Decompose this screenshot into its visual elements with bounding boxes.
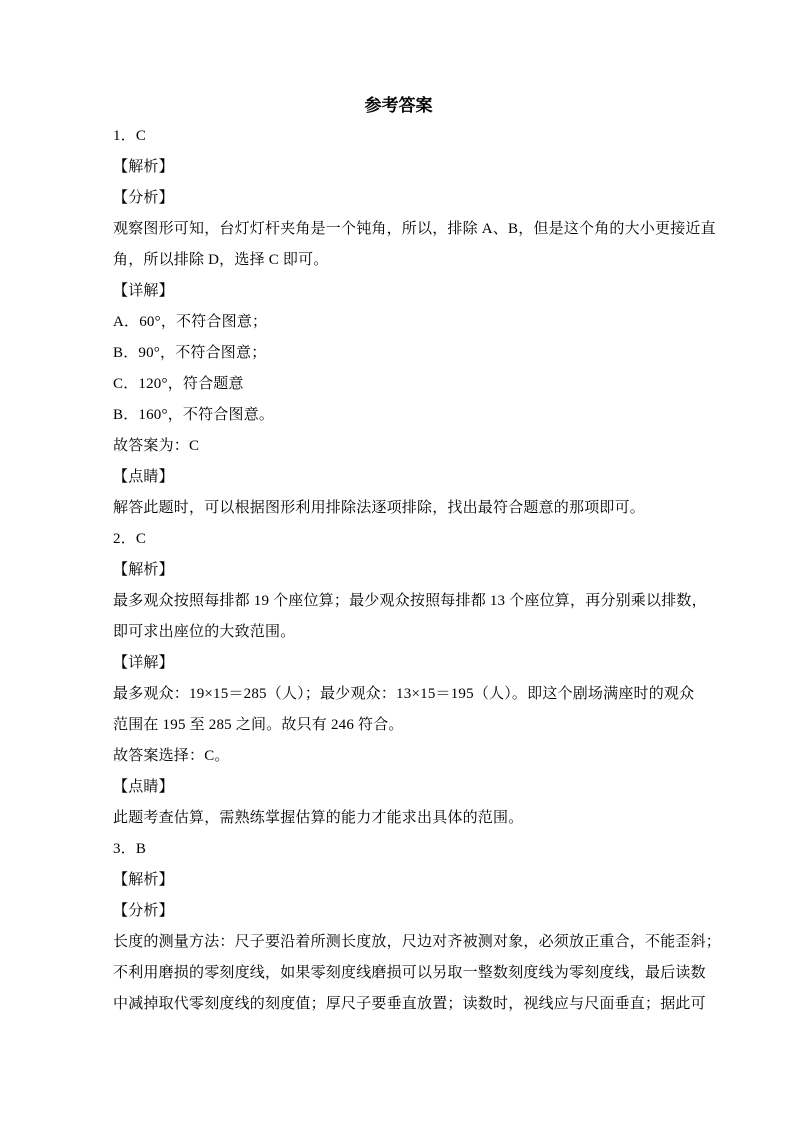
text-line: 范围在 195 至 285 之间。故只有 246 符合。 xyxy=(113,710,684,741)
text-line: 1．C xyxy=(113,121,684,152)
text-line: A．60°，不符合图意； xyxy=(113,307,684,338)
text-line: 【解析】 xyxy=(113,555,684,586)
page-title: 参考答案 xyxy=(113,90,684,121)
text-line: 长度的测量方法：尺子要沿着所测长度放，尺边对齐被测对象，必须放正重合，不能歪斜； xyxy=(113,927,684,958)
text-line: 最多观众：19×15＝285（人）；最少观众：13×15＝195（人）。即这个剧… xyxy=(113,679,684,710)
text-line: 中减掉取代零刻度线的刻度值；厚尺子要垂直放置；读数时，视线应与尺面垂直；据此可 xyxy=(113,989,684,1020)
body-lines: 1．C【解析】【分析】观察图形可知，台灯灯杆夹角是一个钝角，所以，排除 A、B，… xyxy=(113,121,684,1020)
text-line: 故答案选择：C。 xyxy=(113,741,684,772)
text-line: 解答此题时，可以根据图形利用排除法逐项排除，找出最符合题意的那项即可。 xyxy=(113,493,684,524)
text-line: 【解析】 xyxy=(113,865,684,896)
text-line: 【解析】 xyxy=(113,152,684,183)
text-line: B．160°，不符合图意。 xyxy=(113,400,684,431)
text-line: 【详解】 xyxy=(113,276,684,307)
text-line: 此题考查估算，需熟练掌握估算的能力才能求出具体的范围。 xyxy=(113,803,684,834)
text-line: 最多观众按照每排都 19 个座位算；最少观众按照每排都 13 个座位算，再分别乘… xyxy=(113,586,684,617)
text-line: 【分析】 xyxy=(113,183,684,214)
text-line: 即可求出座位的大致范围。 xyxy=(113,617,684,648)
text-line: C．120°，符合题意 xyxy=(113,369,684,400)
text-line: B．90°，不符合图意； xyxy=(113,338,684,369)
text-line: 观察图形可知，台灯灯杆夹角是一个钝角，所以，排除 A、B，但是这个角的大小更接近… xyxy=(113,214,684,245)
text-line: 3．B xyxy=(113,834,684,865)
text-line: 2．C xyxy=(113,524,684,555)
text-line: 不利用磨损的零刻度线，如果零刻度线磨损可以另取一整数刻度线为零刻度线，最后读数 xyxy=(113,958,684,989)
text-line: 【点睛】 xyxy=(113,772,684,803)
document-page: 参考答案 1．C【解析】【分析】观察图形可知，台灯灯杆夹角是一个钝角，所以，排除… xyxy=(0,0,794,1123)
text-line: 故答案为：C xyxy=(113,431,684,462)
text-line: 【点睛】 xyxy=(113,462,684,493)
text-line: 【详解】 xyxy=(113,648,684,679)
text-line: 【分析】 xyxy=(113,896,684,927)
text-line: 角，所以排除 D，选择 C 即可。 xyxy=(113,245,684,276)
